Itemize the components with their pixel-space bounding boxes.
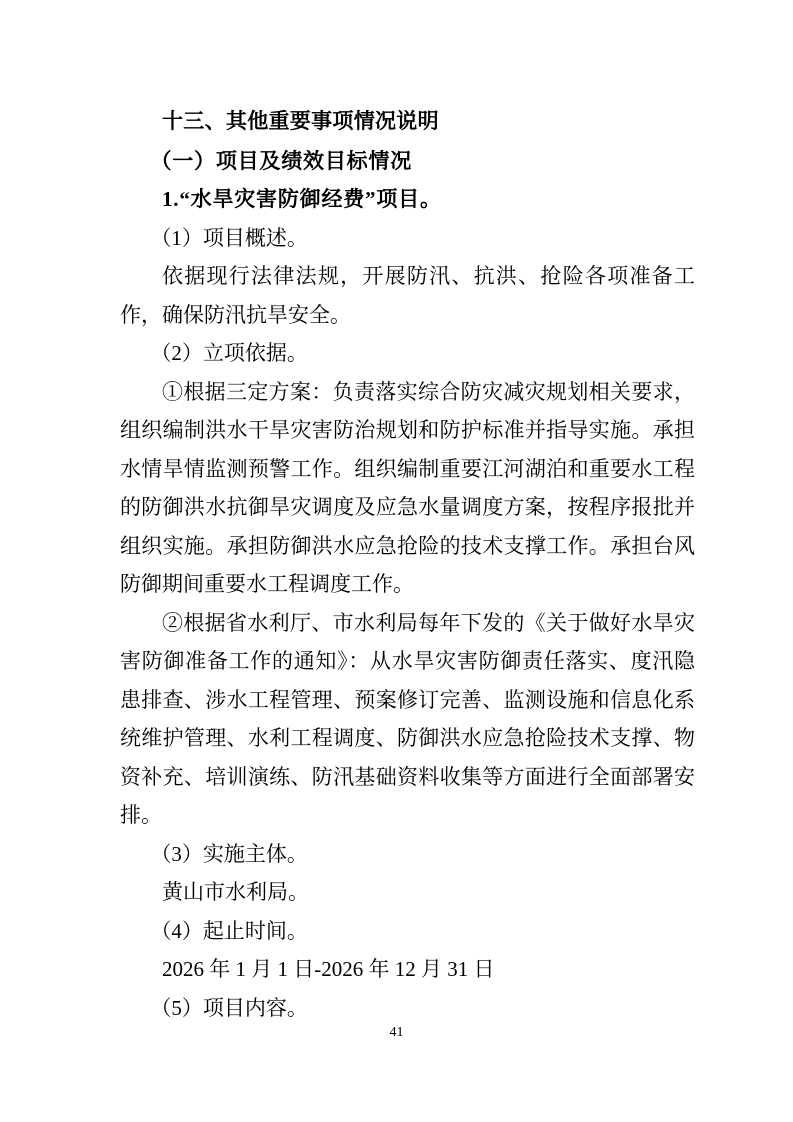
item-5-project-content-label: （5）项目内容。 (120, 989, 695, 1028)
para-implementing-body: 黄山市水利局。 (120, 873, 695, 912)
item-3-implementing-body-label: （3）实施主体。 (120, 835, 695, 874)
subheading-project-and-performance-goals: （一）项目及绩效目标情况 (120, 142, 695, 181)
document-content: 十三、其他重要事项情况说明 （一）项目及绩效目标情况 1.“水旱灾害防御经费”项… (120, 103, 695, 1027)
project-title-flood-drought-defense-funds: 1.“水旱灾害防御经费”项目。 (120, 180, 695, 219)
para-basis-1-three-fixed-plan: ①根据三定方案：负责落实综合防灾减灾规划相关要求，组织编制洪水干旱灾害防治规划和… (120, 373, 695, 604)
document-page: 十三、其他重要事项情况说明 （一）项目及绩效目标情况 1.“水旱灾害防御经费”项… (0, 0, 793, 1122)
item-2-project-basis-label: （2）立项依据。 (120, 334, 695, 373)
page-number: 41 (0, 1024, 793, 1042)
item-4-duration-label: （4）起止时间。 (120, 912, 695, 951)
item-1-project-overview-label: （1）项目概述。 (120, 219, 695, 258)
heading-other-important-matters: 十三、其他重要事项情况说明 (120, 103, 695, 142)
para-duration-dates: 2026 年 1 月 1 日-2026 年 12 月 31 日 (120, 950, 695, 989)
para-basis-2-annual-notice: ②根据省水利厅、市水利局每年下发的《关于做好水旱灾害防御准备工作的通知》：从水旱… (120, 604, 695, 835)
para-project-overview: 依据现行法律法规，开展防汛、抗洪、抢险各项准备工作，确保防汛抗旱安全。 (120, 257, 695, 334)
